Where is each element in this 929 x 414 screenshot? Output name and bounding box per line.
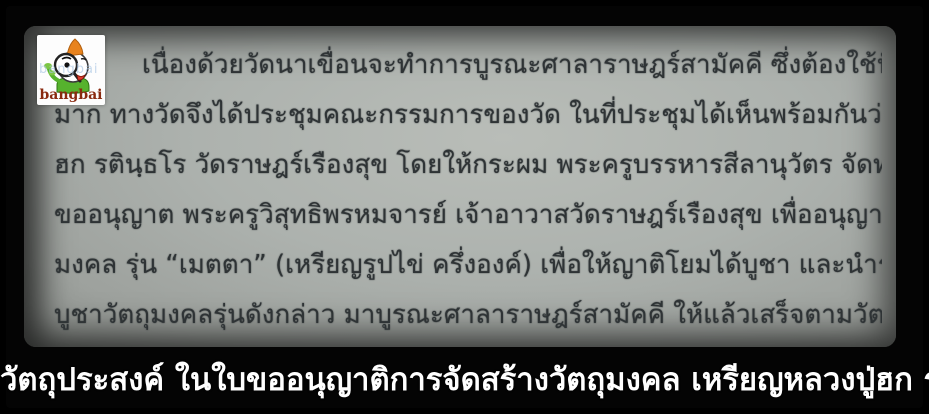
document-line: บูชาวัตถุมงคลรุ่นดังกล่าว มาบูรณะศาลาราษ… [54, 290, 882, 340]
document-paragraph: เนื่องด้วยวัดนาเขื่อนจะทำการบูรณะศาลาราษ… [54, 40, 882, 340]
caption-text: วัตถุประสงค์ ในใบขออนุญาติการจัดสร้างวัต… [0, 356, 929, 408]
document-photo: bangbai bangbai เนื่องด้วยวัดนาเขื่อนจะท… [24, 26, 896, 347]
document-line: เนื่องด้วยวัดนาเขื่อนจะทำการบูรณะศาลาราษ… [54, 40, 882, 90]
document-line: มงคล รุ่น “เมตตา” (เหรียญรูปไข่ ครึ่งองค… [54, 240, 882, 290]
document-line: มาก ทางวัดจึงได้ประชุมคณะกรรมการของวัด ใ… [54, 90, 882, 140]
document-line: ฮก รตินฺธโร วัดราษฎร์เรืองสุข โดยให้กระผ… [54, 140, 882, 190]
framed-photo-post: bangbai bangbai เนื่องด้วยวัดนาเขื่อนจะท… [0, 0, 929, 414]
document-line: ขออนุญาต พระครูวิสุทธิพรหมจารย์ เจ้าอาวา… [54, 190, 882, 240]
